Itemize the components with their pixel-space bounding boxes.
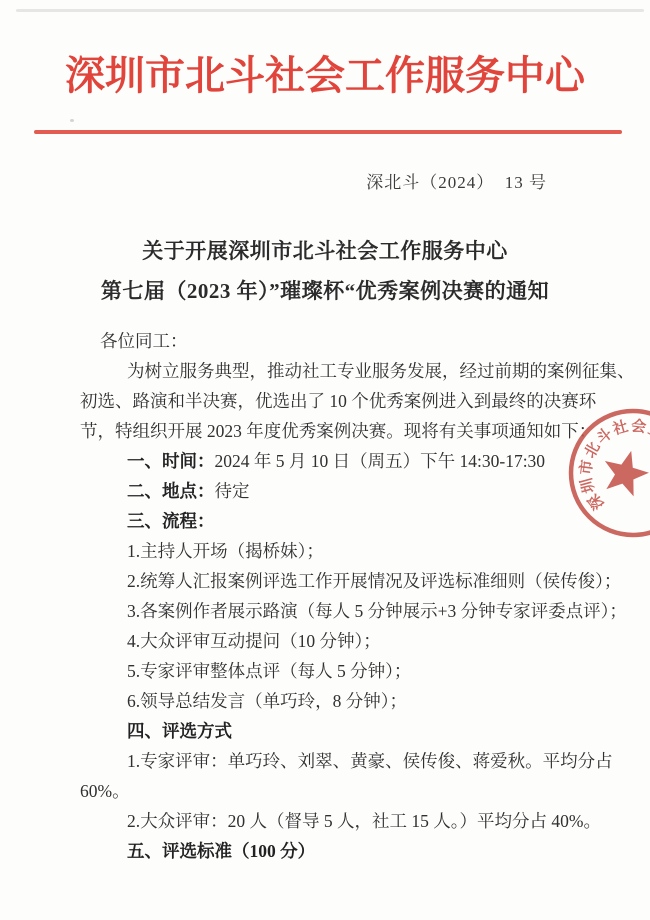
scan-artifact-line: [16, 9, 644, 12]
letterhead-org-name: 深圳市北斗社会工作服务中心: [0, 50, 650, 102]
seal-char: 市: [577, 459, 597, 476]
notice-title: 关于开展深圳市北斗社会工作服务中心 第七届（2023 年）”璀璨杯“优秀案例决赛…: [0, 231, 650, 311]
body-line: 初选、路演和半决赛，优选出了 10 个优秀案例进入到最终的决赛环: [80, 386, 590, 416]
body-line: 2.统筹人汇报案例评选工作开展情况及评选标准细则（侯传俊）；: [80, 566, 590, 596]
body-line: 节，特组织开展 2023 年度优秀案例决赛。现将有关事项通知如下：: [80, 416, 590, 446]
body-line: 为树立服务典型，推动社工专业服务发展，经过前期的案例征集、: [80, 356, 590, 386]
section-heading: 五、评选标准（100 分）: [127, 841, 315, 861]
section-heading: 二、地点：: [127, 481, 215, 501]
scan-artifact-speck: [70, 119, 74, 122]
body-line: 1.主持人开场（揭桥妹）；: [80, 536, 590, 566]
body-line: 3.各案例作者展示路演（每人 5 分钟展示+3 分钟专家评委点评）；: [80, 596, 590, 626]
body-line: 各位同工：: [80, 326, 590, 356]
letterhead-divider: [34, 130, 622, 134]
document-page: 深圳市北斗社会工作服务中心 深北斗（2024） 13 号 关于开展深圳市北斗社会…: [0, 0, 650, 920]
body-line: 四、评选方式: [80, 716, 590, 746]
body-line: 二、地点：待定: [80, 476, 590, 506]
official-seal: 深圳市北斗社会工作服务中心: [553, 393, 650, 553]
body-line: 三、流程：: [80, 506, 590, 536]
document-body: 各位同工：为树立服务典型，推动社工专业服务发展，经过前期的案例征集、初选、路演和…: [80, 326, 590, 866]
body-line: 1.专家评审：单巧玲、刘翠、黄豪、侯传俊、蒋爱秋。平均分占: [80, 746, 590, 776]
notice-title-line-2: 第七届（2023 年）”璀璨杯“优秀案例决赛的通知: [0, 271, 650, 311]
notice-title-line-1: 关于开展深圳市北斗社会工作服务中心: [0, 231, 650, 271]
section-heading: 四、评选方式: [127, 721, 232, 741]
document-number: 深北斗（2024） 13 号: [366, 168, 547, 198]
body-line: 4.大众评审互动提问（10 分钟）；: [80, 626, 590, 656]
star-icon: [598, 445, 650, 499]
body-line: 一、时间：2024 年 5 月 10 日（周五）下午 14:30-17:30: [80, 446, 590, 476]
body-line: 5.专家评审整体点评（每人 5 分钟）；: [80, 656, 590, 686]
seal-char: 会: [630, 417, 647, 437]
body-line: 60%。: [80, 776, 590, 806]
section-heading: 一、时间：: [127, 451, 215, 471]
body-line: 五、评选标准（100 分）: [80, 836, 590, 866]
section-heading: 三、流程：: [127, 511, 215, 531]
seal-char: 圳: [578, 476, 598, 495]
body-line: 2.大众评审：20 人（督导 5 人，社工 15 人。）平均分占 40%。: [80, 806, 590, 836]
body-line: 6.领导总结发言（单巧玲，8 分钟）；: [80, 686, 590, 716]
